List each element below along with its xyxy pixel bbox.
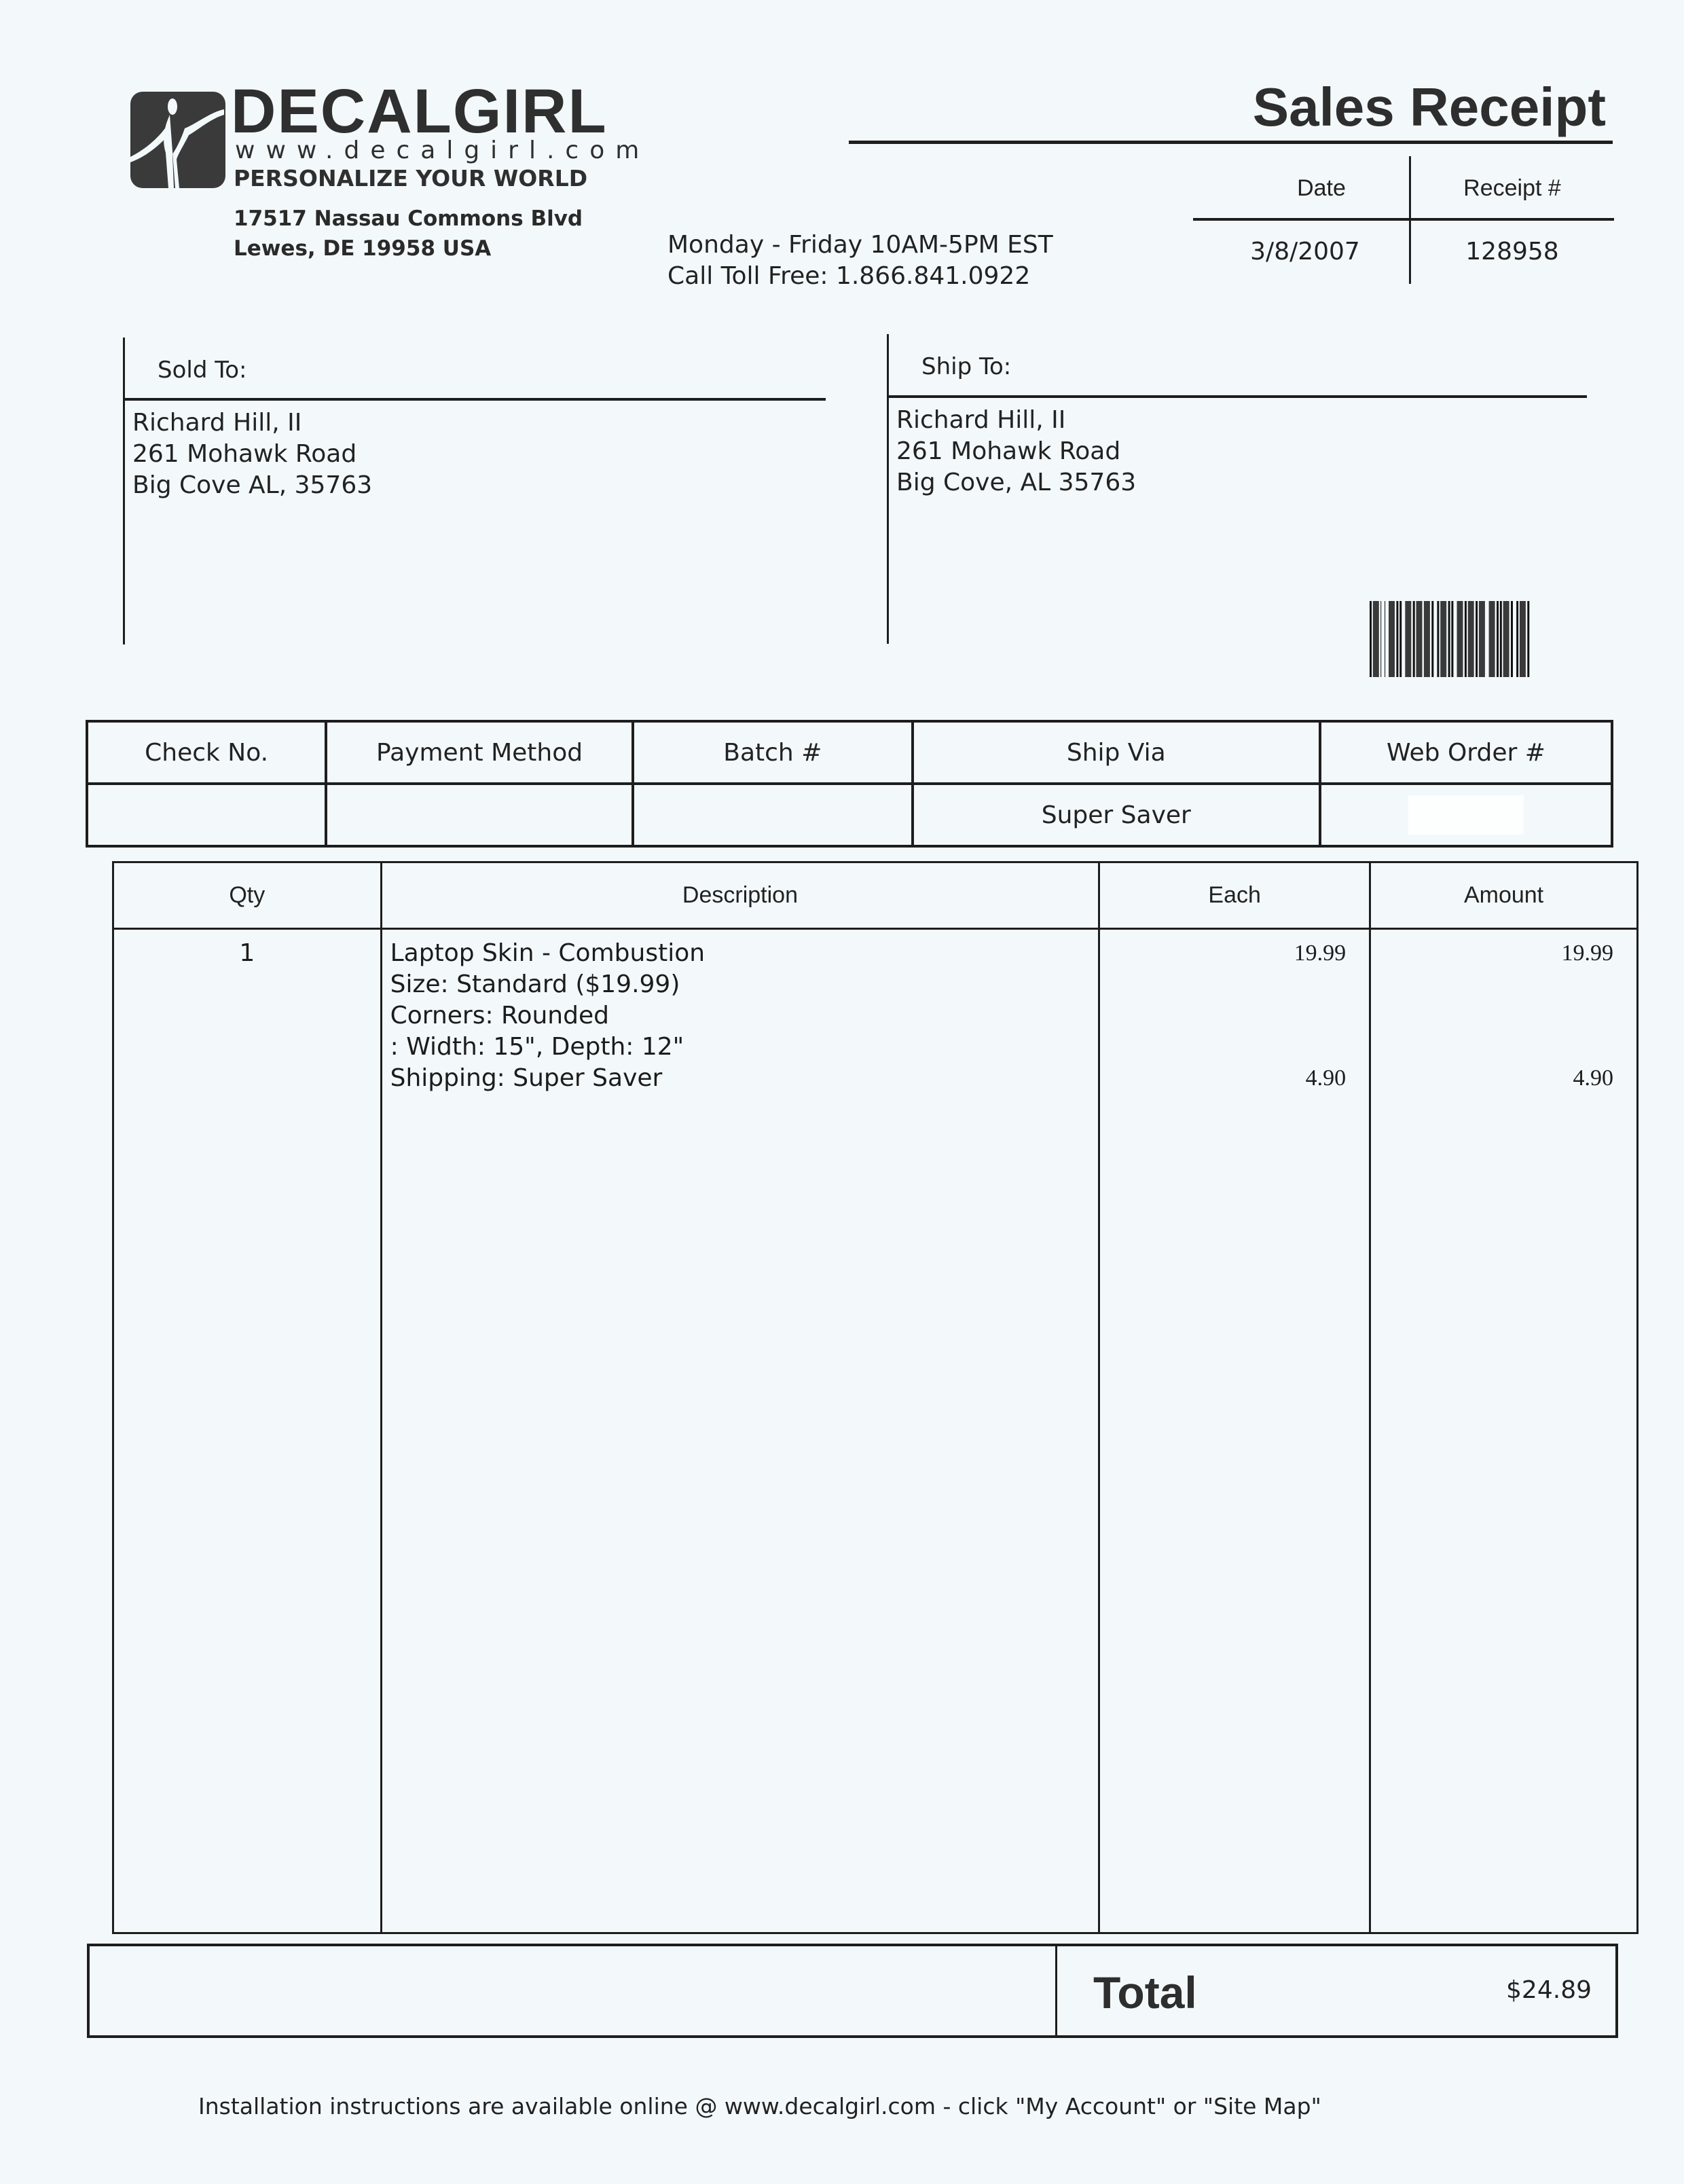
total-value: $24.89 — [1506, 1976, 1592, 2004]
company-address: 17517 Nassau Commons Blvd Lewes, DE 1995… — [234, 204, 583, 263]
ship-to-rule — [887, 395, 1587, 398]
receipt-number-label: Receipt # — [1410, 175, 1614, 202]
payment-info-table: Check No. Payment Method Batch # Ship Vi… — [86, 720, 1613, 848]
batch-value — [633, 784, 913, 846]
table-row: 1 Laptop Skin - Combustion Size: Standar… — [113, 929, 1638, 1933]
item-description: Laptop Skin - Combustion Size: Standard … — [381, 929, 1099, 1933]
item-amount: 19.99 4.90 — [1370, 929, 1638, 1933]
item-qty: 1 — [113, 929, 382, 1933]
line-items-header-row: Qty Description Each Amount — [113, 862, 1638, 929]
check-no-value — [87, 784, 326, 846]
ship-to-label: Ship To: — [921, 353, 1011, 380]
qty-header: Qty — [113, 862, 382, 929]
payment-method-header: Payment Method — [326, 721, 633, 784]
item-each-value: 19.99 — [1100, 938, 1346, 969]
payment-method-value — [326, 784, 633, 846]
item-description-line: Corners: Rounded — [390, 1000, 1099, 1032]
sold-to-line: Richard Hill, II — [132, 407, 372, 439]
web-order-value — [1320, 784, 1612, 846]
ship-via-value: Super Saver — [913, 784, 1320, 846]
company-tagline: PERSONALIZE YOUR WORLD — [234, 167, 587, 189]
amount-header: Amount — [1370, 862, 1638, 929]
ship-to-line: Richard Hill, II — [896, 405, 1136, 436]
item-each: 19.99 4.90 — [1099, 929, 1370, 1933]
item-description-line: Size: Standard ($19.99) — [390, 969, 1099, 1000]
sold-to-line: Big Cove AL, 35763 — [132, 470, 372, 501]
sold-to-rule — [124, 398, 826, 401]
item-each-spacer — [1100, 1032, 1346, 1063]
receipt-number: 128958 — [1410, 238, 1614, 266]
date-label: Date — [1220, 175, 1423, 202]
business-hours: Monday - Friday 10AM-5PM EST — [667, 230, 1053, 261]
ship-to-address: Richard Hill, II 261 Mohawk Road Big Cov… — [896, 405, 1136, 498]
title-rule — [849, 141, 1613, 144]
installation-note: Installation instructions are available … — [198, 2093, 1321, 2119]
payment-info-header-row: Check No. Payment Method Batch # Ship Vi… — [87, 721, 1612, 784]
each-header: Each — [1099, 862, 1370, 929]
description-header: Description — [381, 862, 1099, 929]
check-no-header: Check No. — [87, 721, 326, 784]
web-order-redaction — [1408, 795, 1524, 835]
company-address-line1: 17517 Nassau Commons Blvd — [234, 204, 583, 234]
item-amount-spacer — [1371, 969, 1613, 1000]
item-each-spacer — [1100, 1000, 1346, 1032]
ship-to-border — [887, 334, 889, 644]
ship-to-line: Big Cove, AL 35763 — [896, 467, 1136, 498]
document-title: Sales Receipt — [1253, 80, 1606, 134]
line-items-table: Qty Description Each Amount 1 Laptop Ski… — [112, 861, 1639, 1934]
total-divider — [1055, 1946, 1057, 2035]
shipping-each-value: 4.90 — [1100, 1063, 1346, 1094]
dancing-figure-logo-icon — [130, 92, 225, 188]
batch-header: Batch # — [633, 721, 913, 784]
meta-rule — [1193, 218, 1614, 221]
item-amount-value: 19.99 — [1371, 938, 1613, 969]
ship-via-header: Ship Via — [913, 721, 1320, 784]
payment-info-value-row: Super Saver — [87, 784, 1612, 846]
shipping-amount-value: 4.90 — [1371, 1063, 1613, 1094]
sold-to-border — [123, 338, 125, 644]
receipt-date: 3/8/2007 — [1203, 238, 1407, 266]
barcode-icon — [1370, 601, 1600, 677]
sold-to-address: Richard Hill, II 261 Mohawk Road Big Cov… — [132, 407, 372, 501]
item-description-line: : Width: 15", Depth: 12" — [390, 1032, 1099, 1063]
phone-number: Call Toll Free: 1.866.841.0922 — [667, 261, 1053, 292]
item-amount-spacer — [1371, 1032, 1613, 1063]
total-label: Total — [1093, 1967, 1197, 2018]
company-url: www.decalgirl.com — [235, 139, 650, 163]
total-box: Total $24.89 — [87, 1944, 1618, 2038]
sold-to-line: 261 Mohawk Road — [132, 439, 372, 470]
item-description-line: Laptop Skin - Combustion — [390, 938, 1099, 969]
company-name: DECALGIRL — [231, 80, 608, 143]
sold-to-label: Sold To: — [158, 357, 246, 384]
contact-info: Monday - Friday 10AM-5PM EST Call Toll F… — [667, 230, 1053, 292]
item-each-spacer — [1100, 969, 1346, 1000]
ship-to-line: 261 Mohawk Road — [896, 436, 1136, 467]
company-address-line2: Lewes, DE 19958 USA — [234, 234, 583, 263]
item-amount-spacer — [1371, 1000, 1613, 1032]
web-order-header: Web Order # — [1320, 721, 1612, 784]
item-description-line: Shipping: Super Saver — [390, 1063, 1099, 1094]
